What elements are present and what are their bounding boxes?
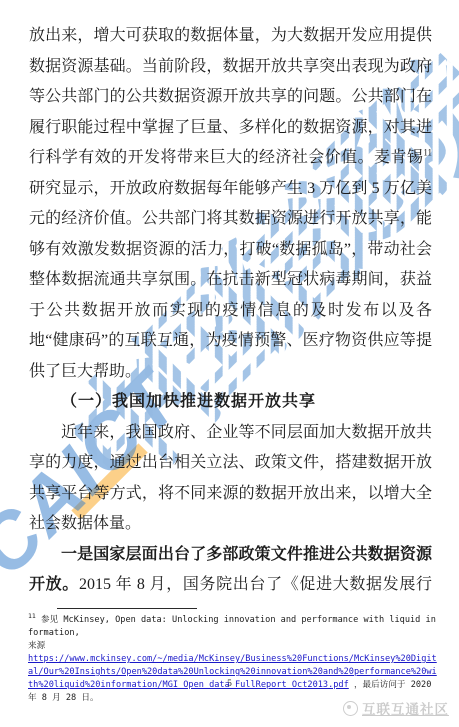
page-number: 5 (0, 679, 459, 689)
footnote-marker: 11 (28, 612, 36, 620)
paragraph-1-text-cont: 研究显示，开放政府数据每年能够产生 3 万亿到 5 万亿美元的经济价值。公共部门… (29, 180, 432, 380)
footnote-source-label: 来源 (28, 641, 45, 651)
community-logo-icon (343, 701, 358, 716)
community-logo-text: 互联互通社区 (362, 698, 449, 718)
footnote-reference-11: 11 (423, 148, 432, 158)
document-page: CAICT 中国信通院 放出来，增大可获取的数据体量，为大数据开发应用提供数据资… (0, 0, 459, 727)
section-heading-1: （一）我国加快推进数据开放共享 (29, 387, 432, 418)
page-body: 放出来，增大可获取的数据体量，为大数据开发应用提供数据资源基础。当前阶段，数据开… (29, 21, 432, 601)
paragraph-1: 放出来，增大可获取的数据体量，为大数据开发应用提供数据资源基础。当前阶段，数据开… (29, 21, 432, 387)
community-logo: 互联互通社区 (343, 698, 449, 718)
paragraph-2: 近年来，我国政府、企业等不同层面加大数据开放共享的力度，通过出台相关立法、政策文… (29, 418, 432, 540)
paragraph-1-text: 放出来，增大可获取的数据体量，为大数据开发应用提供数据资源基础。当前阶段，数据开… (29, 27, 432, 166)
paragraph-3-text: 2015 年 8 月，国务院出台了《促进大数据发展行动纲要》，明确指出“要加快政… (29, 576, 432, 601)
paragraph-3: 一是国家层面出台了多部政策文件推进公共数据资源开放。2015 年 8 月，国务院… (29, 540, 432, 602)
footnote: 11 参见 McKinsey, Open data: Unlocking inn… (28, 614, 437, 705)
footnote-separator (57, 608, 197, 609)
footnote-text: 参见 McKinsey, Open data: Unlocking innova… (28, 615, 436, 638)
